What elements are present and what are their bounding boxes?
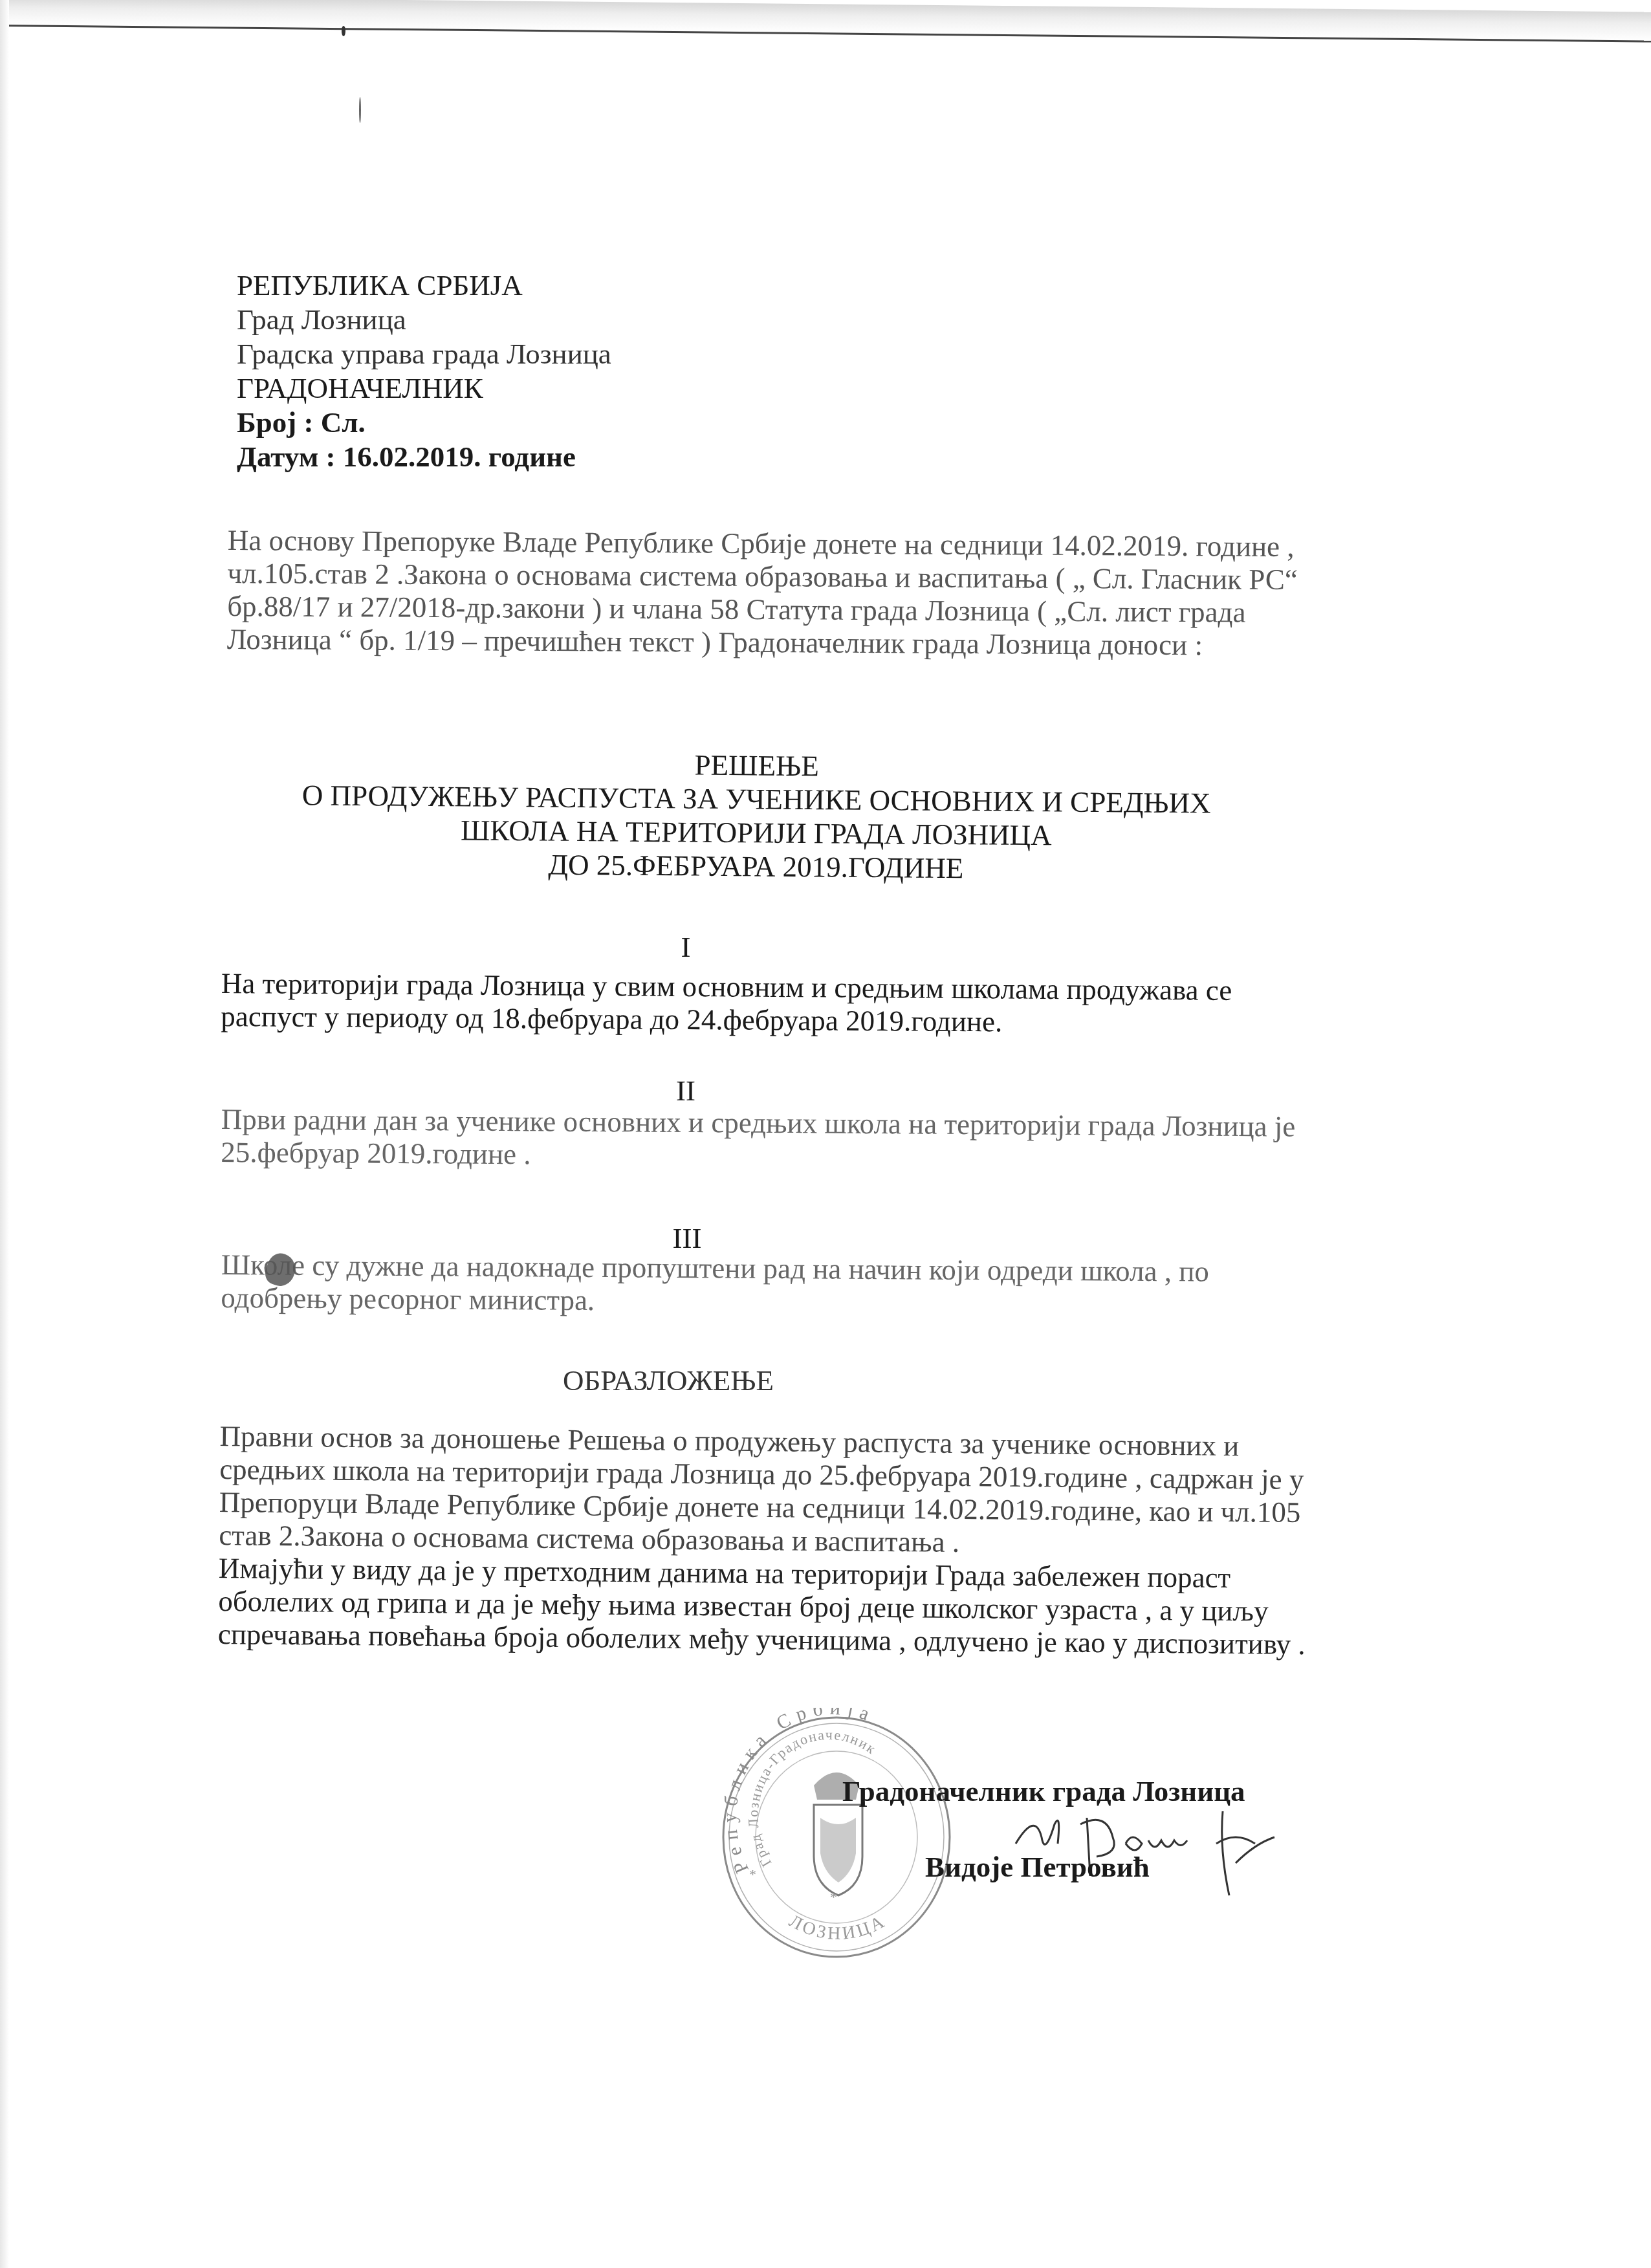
- section-text-2: Први радни дан за ученике основних и сре…: [221, 1103, 1334, 1177]
- signature-name: Видоје Петровић: [925, 1850, 1150, 1884]
- explanation-heading: ОБРАЗЛОЖЕЊЕ: [563, 1364, 774, 1397]
- scan-speck: [359, 97, 361, 123]
- intro-paragraph: На основу Препоруке Владе Републике Срби…: [227, 524, 1328, 662]
- decision-title: РЕШЕЊЕ О ПРОДУЖЕЊУ РАСПУСТА ЗА УЧЕНИКЕ О…: [206, 744, 1307, 888]
- scan-left-edge: [0, 0, 9, 2268]
- section-number-1: I: [647, 930, 725, 964]
- section-text-1: На територији града Лозница у свим основ…: [221, 967, 1334, 1041]
- svg-text:ЛОЗНИЦА: ЛОЗНИЦА: [785, 1911, 890, 1944]
- svg-text:*: *: [749, 1866, 756, 1882]
- explanation-paragraph-1: Правни основ за доношење Решења о продуж…: [219, 1420, 1339, 1563]
- header-city: Град Лозница: [237, 303, 611, 337]
- stamp-bottom-text: ЛОЗНИЦА: [785, 1911, 890, 1944]
- scan-edge-shadow: [0, 0, 1651, 43]
- header-mayor: ГРАДОНАЧЕЛНИК: [237, 371, 611, 406]
- explanation-body: Правни основ за доношење Решења о продуж…: [218, 1420, 1339, 1662]
- document-number: Број : Сл.: [237, 406, 611, 440]
- explanation-paragraph-2: Имајући у виду да је у претходним данима…: [218, 1552, 1338, 1662]
- scanned-document-page: РЕПУБЛИКА СРБИЈА Град Лозница Градска уп…: [0, 0, 1651, 2268]
- svg-text:*: *: [830, 1889, 837, 1905]
- scan-speck: [342, 26, 345, 36]
- section-number-2: II: [647, 1074, 725, 1107]
- header-republic: РЕПУБЛИКА СРБИЈА: [237, 268, 611, 303]
- header-administration: Градска управа града Лозница: [237, 337, 611, 371]
- document-header: РЕПУБЛИКА СРБИЈА Град Лозница Градска уп…: [237, 268, 611, 474]
- section-text-3: Школе су дужне да надокнаде пропуштени р…: [221, 1248, 1334, 1322]
- official-stamp-icon: Република Србија Град Лозница-Градоначел…: [717, 1708, 956, 1960]
- section-number-3: III: [648, 1221, 726, 1255]
- signature-title: Градоначелник града Лозница: [842, 1774, 1245, 1808]
- document-date: Датум : 16.02.2019. године: [237, 440, 611, 474]
